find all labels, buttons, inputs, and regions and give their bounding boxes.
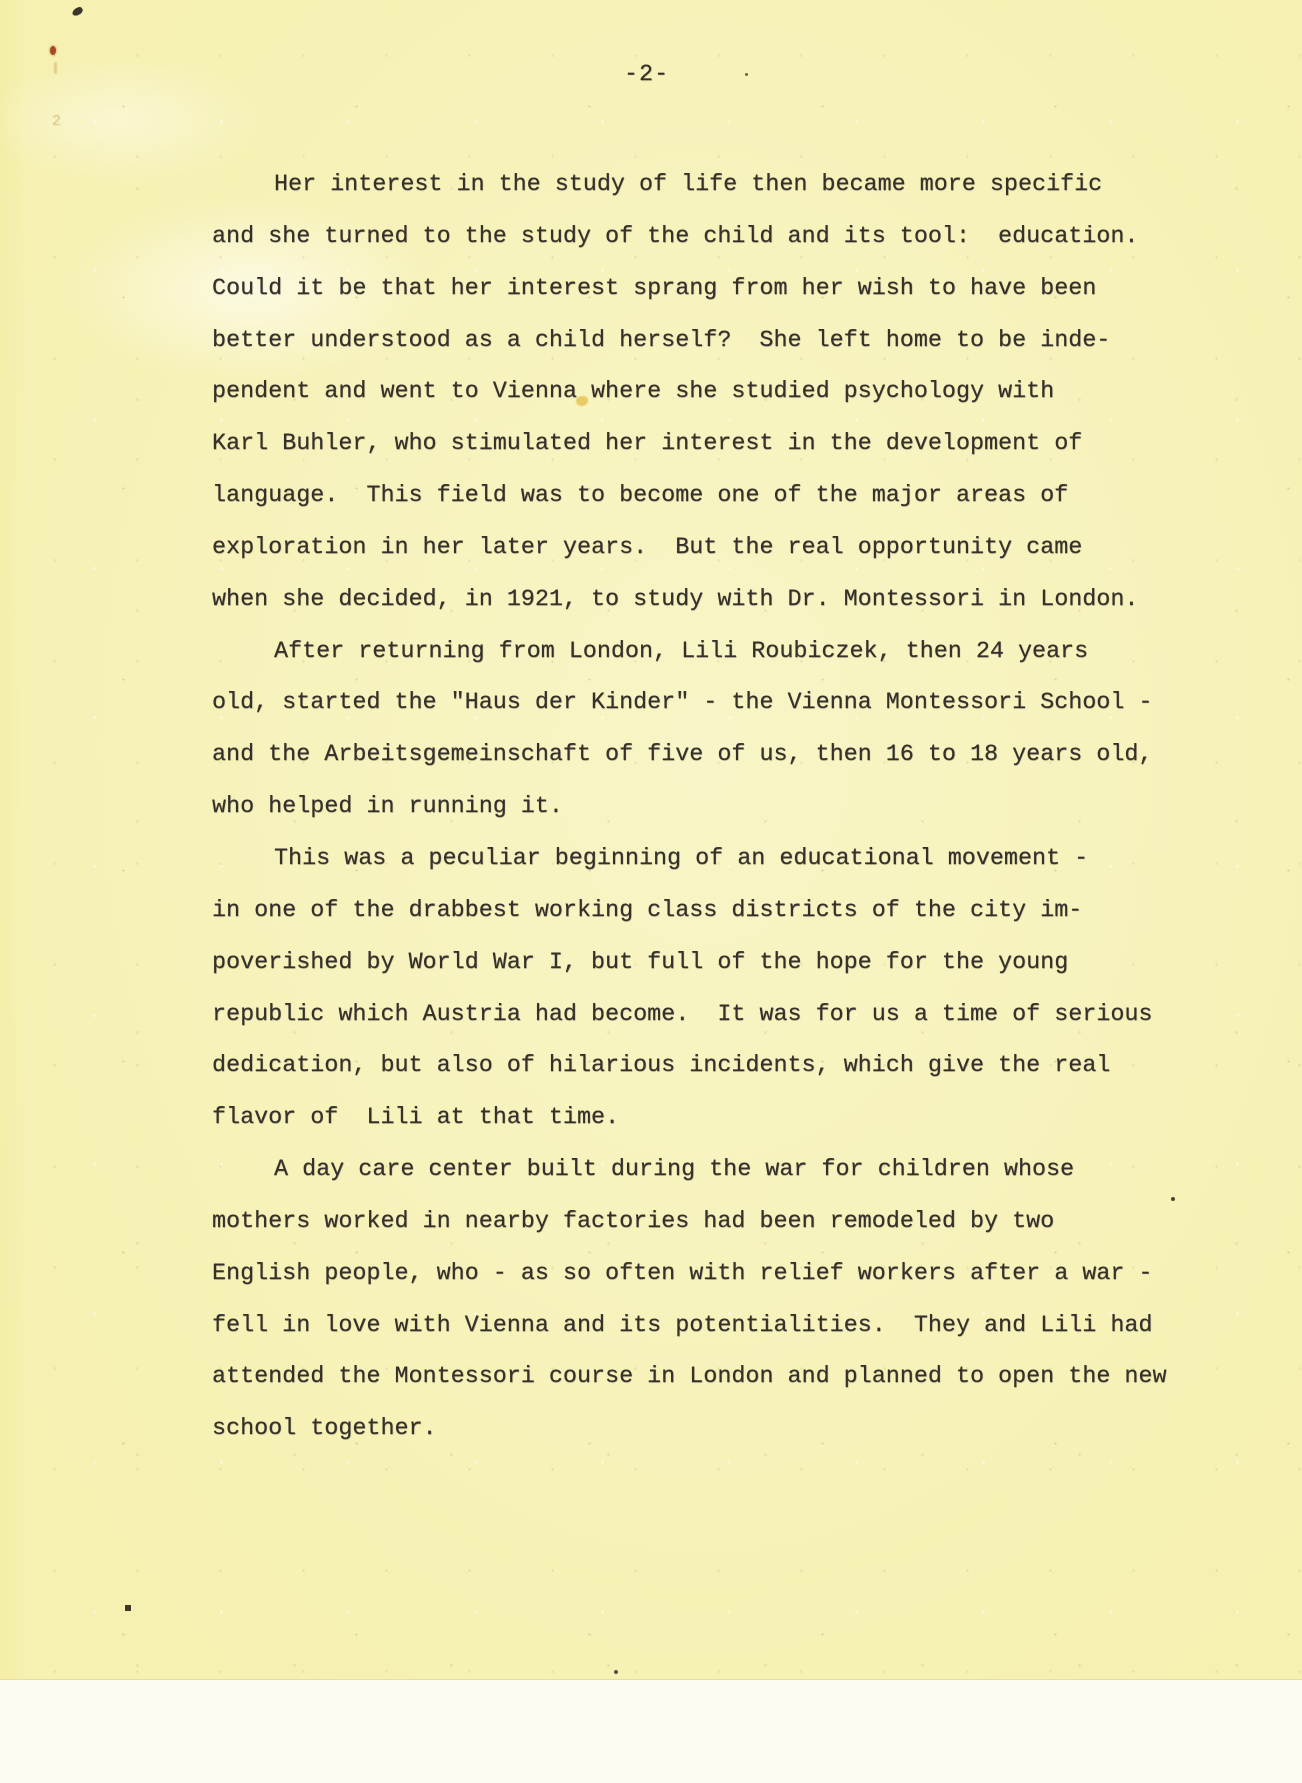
- text-line: This was a peculiar beginning of an educ…: [212, 834, 1212, 886]
- text-line: English people, who - as so often with r…: [212, 1249, 1212, 1301]
- scan-edge-band: [0, 1680, 1302, 1783]
- text-line: who helped in running it.: [212, 782, 1212, 834]
- text-line: and she turned to the study of the child…: [212, 212, 1212, 264]
- text-line: school together.: [212, 1404, 1212, 1456]
- text-line: attended the Montessori course in London…: [212, 1352, 1212, 1404]
- scan-speck: 2: [52, 116, 62, 128]
- typewritten-text-block: Her interest in the study of life then b…: [212, 160, 1212, 1456]
- page-number: -2-: [624, 58, 669, 92]
- text-line: and the Arbeitsgemeinschaft of five of u…: [212, 730, 1212, 782]
- text-line: language. This field was to become one o…: [212, 471, 1212, 523]
- text-line: dedication, but also of hilarious incide…: [212, 1041, 1212, 1093]
- scan-speck: [50, 46, 56, 55]
- text-line: pendent and went to Vienna where she stu…: [212, 367, 1212, 419]
- text-line: better understood as a child herself? Sh…: [212, 316, 1212, 368]
- text-line: Her interest in the study of life then b…: [212, 160, 1212, 212]
- text-line: A day care center built during the war f…: [212, 1145, 1212, 1197]
- text-line: in one of the drabbest working class dis…: [212, 886, 1212, 938]
- text-line: mothers worked in nearby factories had b…: [212, 1197, 1212, 1249]
- scan-speck: [614, 1670, 618, 1674]
- text-line: republic which Austria had become. It wa…: [212, 990, 1212, 1042]
- scanned-document-page: -2- Her interest in the study of life th…: [0, 0, 1302, 1783]
- text-line: Karl Buhler, who stimulated her interest…: [212, 419, 1212, 471]
- text-line: old, started the "Haus der Kinder" - the…: [212, 678, 1212, 730]
- scan-speck: [54, 62, 57, 74]
- text-line: fell in love with Vienna and its potenti…: [212, 1301, 1212, 1353]
- text-line: flavor of Lili at that time.: [212, 1093, 1212, 1145]
- scan-speck: [125, 1605, 131, 1611]
- text-line: poverished by World War I, but full of t…: [212, 938, 1212, 990]
- scan-speck: [71, 6, 84, 17]
- scan-speck: [745, 73, 748, 76]
- text-line: when she decided, in 1921, to study with…: [212, 575, 1212, 627]
- text-line: exploration in her later years. But the …: [212, 523, 1212, 575]
- text-line: After returning from London, Lili Roubic…: [212, 627, 1212, 679]
- text-line: Could it be that her interest sprang fro…: [212, 264, 1212, 316]
